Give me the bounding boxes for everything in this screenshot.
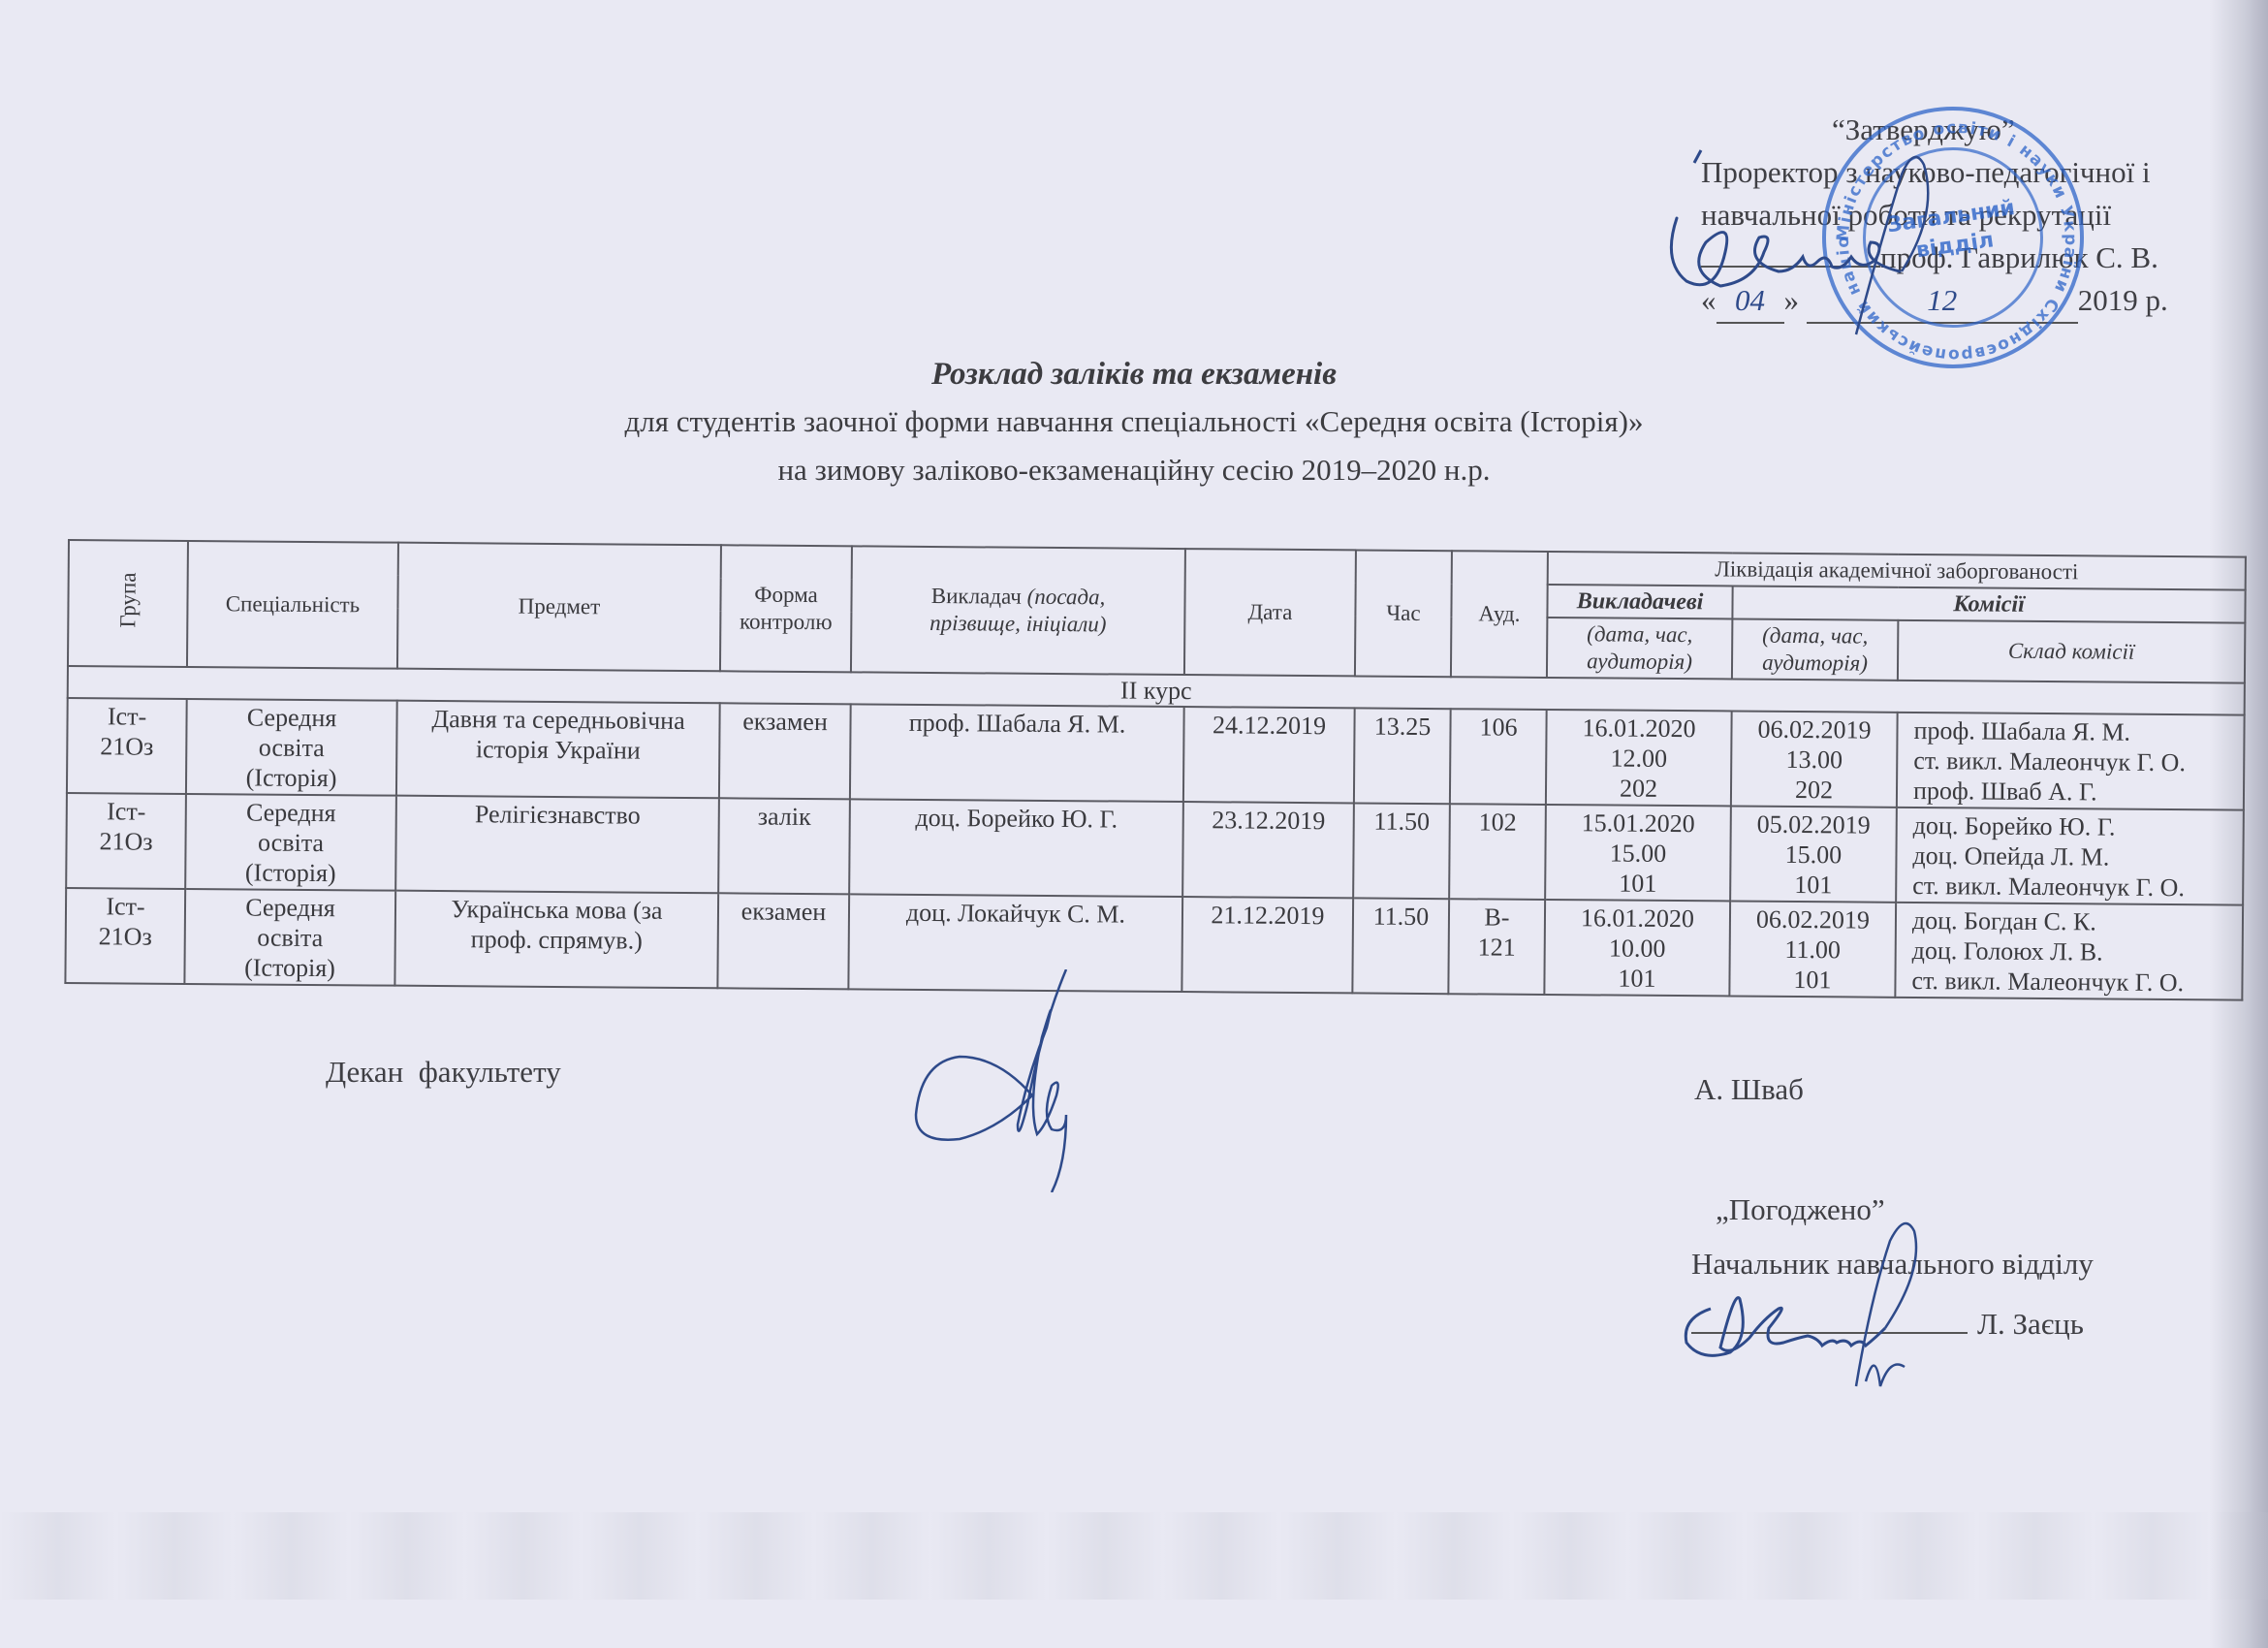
col-commission-members: Склад комісії (1898, 620, 2245, 683)
cell-date: 23.12.2019 (1182, 802, 1354, 898)
col-debt-liquidation: Ліквідація академічної заборгованості (1548, 552, 2246, 590)
approval-date-row: «04» 122019 р. (1701, 279, 2168, 324)
cell-group: Іст-21Оз (65, 888, 185, 984)
cell-time: 11.50 (1353, 803, 1450, 899)
header-row-1: Група Спеціальність Предмет Форма контро… (69, 540, 2246, 590)
cell-commission-retake: 05.02.201915.00101 (1730, 806, 1897, 902)
col-commission-retake-details: (дата, час, аудиторія) (1732, 618, 1898, 680)
cell-teacher-retake: 16.01.202012.00202 (1546, 710, 1732, 806)
approval-date-year: 2019 р. (2078, 283, 2168, 317)
cell-commission-retake: 06.02.201913.00202 (1731, 711, 1898, 807)
cell-time: 13.25 (1354, 708, 1451, 804)
approval-position-line2: навчальної роботи та рекрутації (1701, 194, 2168, 237)
cell-time: 11.50 (1352, 898, 1449, 994)
cell-specialty: Середняосвіта(Історія) (185, 794, 396, 891)
approval-signatory: проф. Гаврилюк С. В. (1880, 240, 2158, 274)
scan-bottom-shadow (0, 1512, 2268, 1600)
exam-schedule-table: Група Спеціальність Предмет Форма контро… (64, 539, 2247, 1001)
dean-signature (834, 969, 1105, 1192)
cell-teacher-retake: 15.01.202015.00101 (1545, 805, 1731, 901)
col-room: Ауд. (1451, 551, 1548, 678)
cell-subject: Українська мова (запроф. спрямув.) (394, 891, 718, 989)
approval-block: “Затверджую” Проректор з науково-педагог… (1701, 109, 2168, 324)
agreed-block: „Погоджено” Начальник навчального відділ… (1691, 1183, 2094, 1351)
cell-control-form: залік (718, 798, 850, 894)
approval-signature-line (1701, 238, 1880, 268)
dean-label: Декан факультету (326, 1055, 561, 1090)
col-teacher-retake-details: (дата, час, аудиторія) (1547, 618, 1732, 679)
dean-name: А. Шваб (1694, 1072, 1804, 1107)
approval-date-day: 04 (1717, 279, 1784, 324)
cell-group: Іст-21Оз (66, 793, 186, 889)
approval-date-month: 12 (1807, 279, 2078, 324)
cell-teacher: доц. Борейко Ю. Г. (849, 799, 1183, 897)
document-title: Розклад заліків та екзаменів (0, 351, 2268, 397)
agreed-name: Л. Заєць (1977, 1307, 2084, 1341)
col-specialty: Спеціальність (187, 541, 398, 669)
col-date: Дата (1184, 549, 1356, 676)
col-control-form: Форма контролю (720, 545, 852, 672)
table-row: Іст-21ОзСередняосвіта(Історія)Українська… (65, 888, 2243, 1000)
cell-room: 102 (1449, 804, 1546, 900)
col-to-teacher: Викладачеві (1547, 585, 1732, 618)
cell-specialty: Середняосвіта(Історія) (186, 699, 397, 796)
col-teacher: Викладач (посада, прізвище, ініціали) (851, 546, 1185, 675)
col-time: Час (1355, 550, 1452, 677)
col-subject: Предмет (397, 543, 721, 672)
date-open-quote: « (1701, 283, 1717, 317)
cell-group: Іст-21Оз (67, 698, 187, 794)
cell-specialty: Середняосвіта(Історія) (184, 889, 395, 986)
table-row: Іст-21ОзСередняосвіта(Історія)Давня та с… (67, 698, 2245, 810)
cell-date: 24.12.2019 (1183, 707, 1355, 803)
date-close-quote: » (1784, 283, 1800, 317)
cell-control-form: екзамен (719, 703, 851, 799)
approval-position-line1: Проректор з науково-педагогічної і (1701, 151, 2168, 194)
approval-signatory-row: проф. Гаврилюк С. В. (1701, 237, 2168, 279)
approval-title: “Затверджую” (1701, 109, 2168, 151)
cell-commission-members: проф. Шабала Я. М.ст. викл. Малеончук Г.… (1897, 713, 2245, 810)
agreed-sign-row: Л. Заєць (1691, 1297, 2094, 1351)
document-subtitle-line1: для студентів заочної форми навчання спе… (0, 397, 2268, 446)
cell-commission-members: доц. Богдан С. К.доц. Голоюх Л. В.ст. ви… (1895, 903, 2243, 1000)
cell-teacher: проф. Шабала Я. М. (850, 704, 1184, 802)
cell-subject: Давня та середньовічнаісторія України (396, 701, 720, 799)
col-to-commission: Комісії (1732, 586, 2245, 622)
cell-teacher: доц. Локайчук С. М. (848, 894, 1182, 992)
cell-subject: Релігієзнавство (395, 796, 719, 894)
agreed-position: Начальник навчального відділу (1691, 1237, 2094, 1291)
cell-control-form: екзамен (717, 893, 849, 989)
cell-commission-retake: 06.02.201911.00101 (1729, 901, 1896, 997)
agreed-signature-line (1691, 1307, 1968, 1334)
col-group: Група (68, 540, 188, 667)
document-subtitle-line2: на зимову заліково-екзаменаційну сесію 2… (0, 446, 2268, 494)
document-heading: Розклад заліків та екзаменів для студент… (0, 351, 2268, 494)
cell-teacher-retake: 16.01.202010.00101 (1544, 900, 1730, 996)
cell-room: В-121 (1448, 899, 1545, 995)
cell-date: 21.12.2019 (1181, 897, 1353, 993)
table-row: Іст-21ОзСередняосвіта(Історія)Релігієзна… (66, 793, 2244, 905)
cell-commission-members: доц. Борейко Ю. Г.доц. Опейда Л. М.ст. в… (1896, 808, 2244, 905)
agreed-title: „Погоджено” (1691, 1183, 2094, 1237)
cell-room: 106 (1450, 709, 1547, 805)
